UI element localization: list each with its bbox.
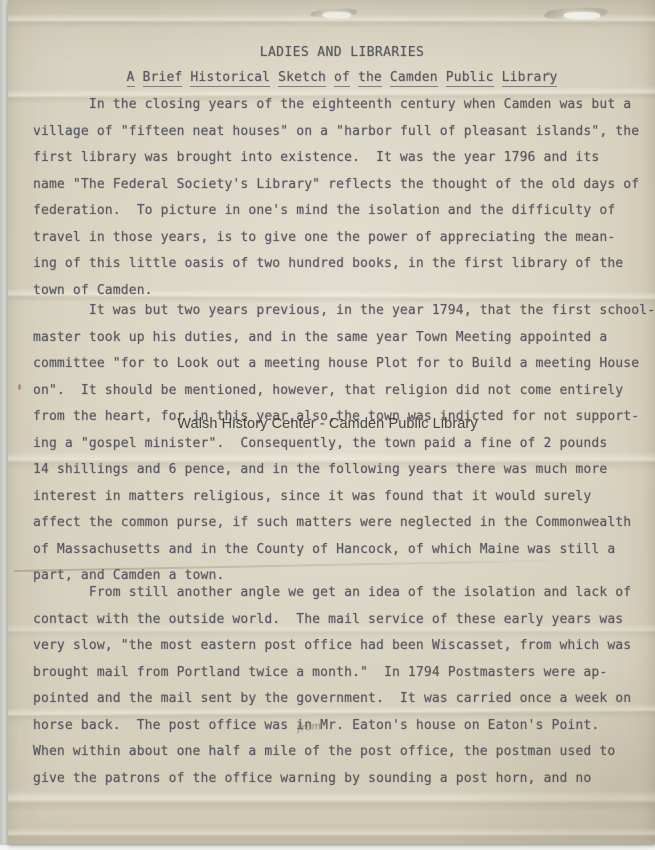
scanned-document-screenshot: { "document": { "title": "LADIES AND LIB… <box>0 0 655 850</box>
text-line: pointed and the mail sent by the governm… <box>33 686 651 713</box>
text-line: affect the common purse, if such matters… <box>33 510 651 537</box>
paragraph: In the closing years of the eighteenth c… <box>33 92 651 304</box>
subtitle-word: the <box>358 70 382 87</box>
paper-speck <box>18 384 21 390</box>
text-line: interest in matters religious, since it … <box>33 484 651 511</box>
text-line: 14 shillings and 6 pence, and in the fol… <box>33 457 651 484</box>
text-line: It was but two years previous, in the ye… <box>33 298 651 325</box>
text-line: village of "fifteen neat houses" on a "h… <box>33 119 651 146</box>
text-line: give the patrons of the office warning b… <box>33 766 651 793</box>
text-line: contact with the outside world. The mail… <box>33 607 651 634</box>
text-line: master took up his duties, and in the sa… <box>33 325 651 352</box>
text-line: committee "for to Look out a meeting hou… <box>33 351 651 378</box>
text-line: very slow, "the most eastern post office… <box>33 633 651 660</box>
subtitle-word: Camden <box>390 70 438 87</box>
text-line: travel in those years, is to give one th… <box>33 225 651 252</box>
text-line: of Massachusetts and in the County of Ha… <box>33 537 651 564</box>
subtitle-word: Brief <box>143 70 183 87</box>
text-line: federation. To picture in one's mind the… <box>33 198 651 225</box>
text-line: name "The Federal Society's Library" ref… <box>33 172 651 199</box>
subtitle-word: A <box>127 70 135 87</box>
subtitle-word: Historical <box>190 70 270 87</box>
text-line: horse back. The post office was in Mr. E… <box>33 713 651 740</box>
text-line: first library was brought into existence… <box>33 145 651 172</box>
subtitle-word: of <box>334 70 350 87</box>
scan-edge-bottom <box>0 843 655 850</box>
text-line: From still another angle we get an idea … <box>33 580 651 607</box>
paragraph: It was but two years previous, in the ye… <box>33 298 651 590</box>
text-line: on". It should be mentioned, however, th… <box>33 378 651 405</box>
subtitle-word: Library <box>502 70 558 87</box>
text-line: ing a "gospel minister". Consequently, t… <box>33 431 651 458</box>
document-subtitle: A Brief Historical Sketch of the Camden … <box>33 70 651 85</box>
subtitle-word: Sketch <box>278 70 326 87</box>
watermark: Walsh History Center - Camden Public Lib… <box>0 416 655 432</box>
text-line: ing of this little oasis of two hundred … <box>33 251 651 278</box>
paragraph: From still another angle we get an idea … <box>33 580 651 792</box>
text-line: In the closing years of the eighteenth c… <box>33 92 651 119</box>
text-line: When within about one half a mile of the… <box>33 739 651 766</box>
text-line: brought mail from Portland twice a month… <box>33 660 651 687</box>
document-title: LADIES AND LIBRARIES <box>33 45 651 60</box>
subtitle-word: Public <box>446 70 494 87</box>
